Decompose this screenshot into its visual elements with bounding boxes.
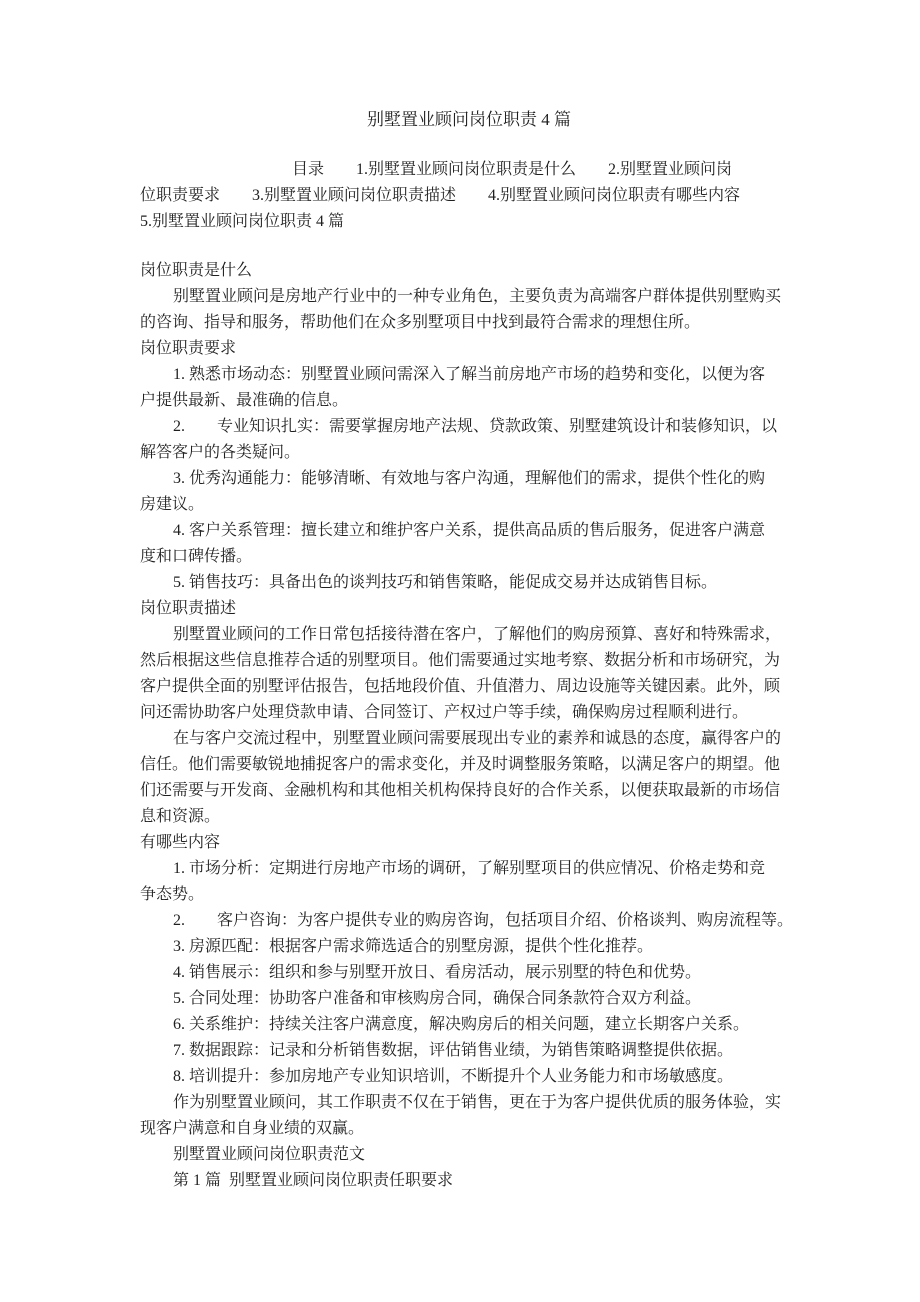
list-item-line: 5. 销售技巧：具备出色的谈判技巧和销售策略，能促成交易并达成销售目标。 xyxy=(140,570,830,596)
paragraph-line: 然后根据这些信息推荐合适的别墅项目。他们需要通过实地考察、数据分析和市场研究，为 xyxy=(140,648,830,674)
paragraph-line: 问还需协助客户处理贷款申请、合同签订、产权过户等手续，确保购房过程顺利进行。 xyxy=(140,700,830,726)
paragraph-line: 作为别墅置业顾问，其工作职责不仅在于销售，更在于为客户提供优质的服务体验，实 xyxy=(140,1090,830,1116)
paragraph-line: 别墅置业顾问的工作日常包括接待潜在客户，了解他们的购房预算、喜好和特殊需求， xyxy=(140,622,830,648)
section-heading: 岗位职责是什么 xyxy=(140,258,830,284)
document-content: 别墅置业顾问岗位职责 4 篇目录 1.别墅置业顾问岗位职责是什么 2.别墅置业顾… xyxy=(140,107,830,1194)
document-title: 别墅置业顾问岗位职责 4 篇 xyxy=(140,107,798,133)
list-item-line: 争态势。 xyxy=(140,882,830,908)
document-page: 别墅置业顾问岗位职责 4 篇目录 1.别墅置业顾问岗位职责是什么 2.别墅置业顾… xyxy=(0,0,920,1302)
toc-line: 目录 1.别墅置业顾问岗位职责是什么 2.别墅置业顾问岗 xyxy=(140,157,830,183)
blank-line xyxy=(140,235,830,258)
paragraph-line: 们还需要与开发商、金融机构和其他相关机构保持良好的合作关系，以便获取最新的市场信 xyxy=(140,778,830,804)
list-item-line: 房建议。 xyxy=(140,492,830,518)
paragraph-line: 在与客户交流过程中，别墅置业顾问需要展现出专业的素养和诚恳的态度，赢得客户的 xyxy=(140,726,830,752)
list-item-line: 6. 关系维护：持续关注客户满意度，解决购房后的相关问题，建立长期客户关系。 xyxy=(140,1012,830,1038)
list-item-line: 4. 客户关系管理：擅长建立和维护客户关系，提供高品质的售后服务，促进客户满意 xyxy=(140,518,830,544)
paragraph-line: 现客户满意和自身业绩的双赢。 xyxy=(140,1116,830,1142)
list-item-line: 7. 数据跟踪：记录和分析销售数据，评估销售业绩，为销售策略调整提供依据。 xyxy=(140,1038,830,1064)
list-item-line: 2. 专业知识扎实：需要掌握房地产法规、贷款政策、别墅建筑设计和装修知识，以 xyxy=(140,414,830,440)
list-item-line: 1. 熟悉市场动态：别墅置业顾问需深入了解当前房地产市场的趋势和变化，以便为客 xyxy=(140,362,830,388)
paragraph-line: 别墅置业顾问是房地产行业中的一种专业角色，主要负责为高端客户群体提供别墅购买 xyxy=(140,284,830,310)
list-item-line: 户提供最新、最准确的信息。 xyxy=(140,388,830,414)
list-item-line: 解答客户的各类疑问。 xyxy=(140,440,830,466)
paragraph-line: 客户提供全面的别墅评估报告，包括地段价值、升值潜力、周边设施等关键因素。此外，顾 xyxy=(140,674,830,700)
toc-line: 位职责要求 3.别墅置业顾问岗位职责描述 4.别墅置业顾问岗位职责有哪些内容 xyxy=(140,183,830,209)
paragraph-line: 息和资源。 xyxy=(140,804,830,830)
section-heading: 岗位职责要求 xyxy=(140,336,830,362)
list-item-line: 5. 合同处理：协助客户准备和审核购房合同，确保合同条款符合双方利益。 xyxy=(140,986,830,1012)
list-item-line: 8. 培训提升：参加房地产专业知识培训，不断提升个人业务能力和市场敏感度。 xyxy=(140,1064,830,1090)
list-item-line: 4. 销售展示：组织和参与别墅开放日、看房活动，展示别墅的特色和优势。 xyxy=(140,960,830,986)
list-item-line: 3. 房源匹配：根据客户需求筛选适合的别墅房源，提供个性化推荐。 xyxy=(140,934,830,960)
paragraph-line: 的咨询、指导和服务，帮助他们在众多别墅项目中找到最符合需求的理想住所。 xyxy=(140,310,830,336)
toc-line: 5.别墅置业顾问岗位职责 4 篇 xyxy=(140,209,830,235)
list-item-line: 2. 客户咨询：为客户提供专业的购房咨询，包括项目介绍、价格谈判、购房流程等。 xyxy=(140,908,830,934)
list-item-line: 1. 市场分析：定期进行房地产市场的调研，了解别墅项目的供应情况、价格走势和竞 xyxy=(140,856,830,882)
paragraph-line: 第 1 篇 别墅置业顾问岗位职责任职要求 xyxy=(140,1168,830,1194)
list-item-line: 度和口碑传播。 xyxy=(140,544,830,570)
section-heading: 岗位职责描述 xyxy=(140,596,830,622)
paragraph-line: 信任。他们需要敏锐地捕捉客户的需求变化，并及时调整服务策略，以满足客户的期望。他 xyxy=(140,752,830,778)
list-item-line: 3. 优秀沟通能力：能够清晰、有效地与客户沟通，理解他们的需求，提供个性化的购 xyxy=(140,466,830,492)
section-heading: 有哪些内容 xyxy=(140,830,830,856)
paragraph-line: 别墅置业顾问岗位职责范文 xyxy=(140,1142,830,1168)
